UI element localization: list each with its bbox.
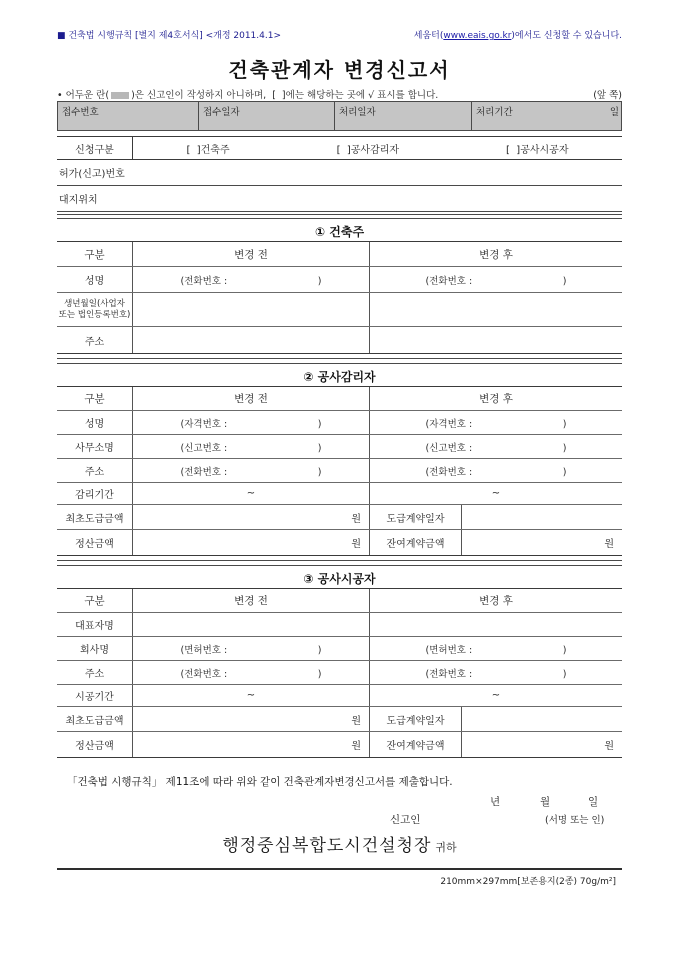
sub-value: 원 xyxy=(462,732,622,757)
submission-statement: 「건축법 시행규칙」 제11조에 따라 위와 같이 건축관계자변경신고서를 제출… xyxy=(57,774,622,790)
application-type-row: 신청구분 [ ]건축주 [ ]공사감리자 [ ]공사시공자 xyxy=(57,136,622,160)
before-value: ~ xyxy=(133,685,370,706)
section-separator xyxy=(57,358,622,364)
row-label: 대표자명 xyxy=(57,613,133,636)
after-value: ~ xyxy=(370,685,622,706)
col-header-before: 변경 전 xyxy=(133,387,370,410)
before-value: (면허번호 : ) xyxy=(133,637,370,660)
table-header-row: 구분 변경 전 변경 후 xyxy=(57,387,622,411)
recipient-line: 행정중심복합도시건설청장귀하 xyxy=(57,834,622,858)
period-unit: 일 xyxy=(610,104,619,118)
col-header-category: 구분 xyxy=(57,589,133,612)
table-row: 정산금액 원 잔여계약금액 원 xyxy=(57,732,622,757)
before-value: (전화번호 : ) xyxy=(133,661,370,684)
section1-table: 구분 변경 전 변경 후 성명 (전화번호 : ) (전화번호 : ) 생년월일… xyxy=(57,241,622,354)
after-value xyxy=(370,327,622,353)
table-row: 주소 (전화번호 : ) (전화번호 : ) xyxy=(57,661,622,685)
sub-label: 잔여계약금액 xyxy=(370,530,462,555)
table-header-row: 구분 변경 전 변경 후 xyxy=(57,242,622,267)
applicant-label: 신고인 xyxy=(390,812,420,827)
checkbox-option-building-owner[interactable]: [ ]건축주 xyxy=(186,141,229,156)
processing-date-cell: 처리일자 xyxy=(334,102,471,130)
col-header-before: 변경 전 xyxy=(133,589,370,612)
site-location-row: 대지위치 xyxy=(57,186,622,212)
before-value: ~ xyxy=(133,483,370,504)
shaded-field-swatch xyxy=(111,92,129,99)
section2-table: 구분 변경 전 변경 후 성명 (자격번호 : ) (자격번호 : ) 사무소명… xyxy=(57,386,622,556)
sub-value: 원 xyxy=(462,530,622,555)
row-label: 주소 xyxy=(57,661,133,684)
amount-value: 원 xyxy=(133,505,370,529)
table-row: 성명 (자격번호 : ) (자격번호 : ) xyxy=(57,411,622,435)
bottom-rule xyxy=(57,868,622,870)
after-value xyxy=(370,293,622,326)
row-label: 정산금액 xyxy=(57,530,133,555)
after-value: ~ xyxy=(370,483,622,504)
row-label: 주소 xyxy=(57,327,133,353)
row-label: 주소 xyxy=(57,459,133,482)
section3-table: 구분 변경 전 변경 후 대표자명 회사명 (면허번호 : ) (면허번호 : … xyxy=(57,588,622,758)
receipt-date-cell: 접수일자 xyxy=(198,102,334,130)
table-row: 최초도급금액 원 도급계약일자 xyxy=(57,707,622,732)
table-row: 회사명 (면허번호 : ) (면허번호 : ) xyxy=(57,637,622,661)
applicant-line: 신고인 (서명 또는 인) xyxy=(57,810,622,828)
table-row: 최초도급금액 원 도급계약일자 xyxy=(57,505,622,530)
before-value xyxy=(133,613,370,636)
section2-title: ② 공사감리자 xyxy=(57,366,622,386)
before-value: (신고번호 : ) xyxy=(133,435,370,458)
row-label: 시공기간 xyxy=(57,685,133,706)
table-row: 사무소명 (신고번호 : ) (신고번호 : ) xyxy=(57,435,622,459)
online-filing-note: 세움터(www.eais.go.kr)에서도 신청할 수 있습니다. xyxy=(414,30,622,42)
row-label: 성명 xyxy=(57,267,133,292)
section-separator xyxy=(57,214,622,219)
top-bar: ■ 건축법 시행규칙 [별지 제4호서식] <개정 2011.4.1> 세움터(… xyxy=(57,30,622,42)
section3-title: ③ 공사시공자 xyxy=(57,568,622,588)
after-value: (면허번호 : ) xyxy=(370,637,622,660)
form-reference: ■ 건축법 시행규칙 [별지 제4호서식] <개정 2011.4.1> xyxy=(57,30,281,42)
col-header-category: 구분 xyxy=(57,387,133,410)
row-label: 감리기간 xyxy=(57,483,133,504)
sub-label: 도급계약일자 xyxy=(370,505,462,529)
permit-number-row: 허가(신고)번호 xyxy=(57,160,622,186)
col-header-after: 변경 후 xyxy=(370,589,622,612)
month-label: 월 xyxy=(540,794,550,809)
notice-text: • 어두운 란()은 신고인이 작성하지 아니하며, [ ]에는 해당하는 곳에… xyxy=(57,87,438,101)
amount-value: 원 xyxy=(133,732,370,757)
row-label: 최초도급금액 xyxy=(57,505,133,529)
application-type-options: [ ]건축주 [ ]공사감리자 [ ]공사시공자 xyxy=(133,137,622,159)
row-label: 성명 xyxy=(57,411,133,434)
table-row: 주소 (전화번호 : ) (전화번호 : ) xyxy=(57,459,622,483)
recipient-suffix: 귀하 xyxy=(435,841,456,854)
checkbox-option-contractor[interactable]: [ ]공사시공자 xyxy=(506,141,568,156)
sub-value xyxy=(462,707,622,731)
row-label: 회사명 xyxy=(57,637,133,660)
col-header-before: 변경 전 xyxy=(133,242,370,266)
row-label: 사무소명 xyxy=(57,435,133,458)
after-value: (전화번호 : ) xyxy=(370,267,622,292)
section1-title: ① 건축주 xyxy=(57,221,622,241)
after-value: (자격번호 : ) xyxy=(370,411,622,434)
sub-value xyxy=(462,505,622,529)
after-value: (신고번호 : ) xyxy=(370,435,622,458)
row-label: 최초도급금액 xyxy=(57,707,133,731)
table-header-row: 구분 변경 전 변경 후 xyxy=(57,589,622,613)
permit-number-label: 허가(신고)번호 xyxy=(59,165,125,180)
receipt-number-cell: 접수번호 xyxy=(58,102,198,130)
after-value xyxy=(370,613,622,636)
receipt-strip: 접수번호 접수일자 처리일자 처리기간일 xyxy=(57,101,622,131)
col-header-after: 변경 후 xyxy=(370,242,622,266)
sub-label: 도급계약일자 xyxy=(370,707,462,731)
paper-spec: 210mm×297mm[보존용지(2종) 70g/m²] xyxy=(57,874,622,887)
signature-note: (서명 또는 인) xyxy=(545,812,604,826)
table-row: 생년월일(사업자 또는 법인등록번호) xyxy=(57,293,622,327)
recipient-title: 행정중심복합도시건설청장 xyxy=(222,836,431,856)
row-label: 정산금액 xyxy=(57,732,133,757)
amount-value: 원 xyxy=(133,530,370,555)
application-type-label: 신청구분 xyxy=(57,137,133,159)
sub-label: 잔여계약금액 xyxy=(370,732,462,757)
date-line: 년 월 일 xyxy=(57,794,622,810)
year-label: 년 xyxy=(490,794,500,809)
day-label: 일 xyxy=(588,794,598,809)
eais-link[interactable]: www.eais.go.kr xyxy=(443,31,511,41)
after-value: (전화번호 : ) xyxy=(370,661,622,684)
col-header-after: 변경 후 xyxy=(370,387,622,410)
table-row: 주소 xyxy=(57,327,622,353)
amount-value: 원 xyxy=(133,707,370,731)
table-row: 정산금액 원 잔여계약금액 원 xyxy=(57,530,622,555)
page-side-label: (앞 쪽) xyxy=(593,87,622,101)
after-value: (전화번호 : ) xyxy=(370,459,622,482)
table-row: 대표자명 xyxy=(57,613,622,637)
notice-line: • 어두운 란()은 신고인이 작성하지 아니하며, [ ]에는 해당하는 곳에… xyxy=(57,87,622,101)
row-label: 생년월일(사업자 또는 법인등록번호) xyxy=(57,293,133,326)
before-value: (전화번호 : ) xyxy=(133,267,370,292)
form-page: ■ 건축법 시행규칙 [별지 제4호서식] <개정 2011.4.1> 세움터(… xyxy=(0,0,680,962)
before-value xyxy=(133,327,370,353)
table-row: 감리기간 ~ ~ xyxy=(57,483,622,505)
before-value: (자격번호 : ) xyxy=(133,411,370,434)
col-header-category: 구분 xyxy=(57,242,133,266)
processing-period-cell: 처리기간일 xyxy=(471,102,623,130)
site-location-label: 대지위치 xyxy=(59,191,98,206)
before-value xyxy=(133,293,370,326)
before-value: (전화번호 : ) xyxy=(133,459,370,482)
table-row: 성명 (전화번호 : ) (전화번호 : ) xyxy=(57,267,622,293)
checkbox-option-supervisor[interactable]: [ ]공사감리자 xyxy=(337,141,399,156)
table-row: 시공기간 ~ ~ xyxy=(57,685,622,707)
section-separator xyxy=(57,560,622,566)
page-title: 건축관계자 변경신고서 xyxy=(57,58,622,82)
